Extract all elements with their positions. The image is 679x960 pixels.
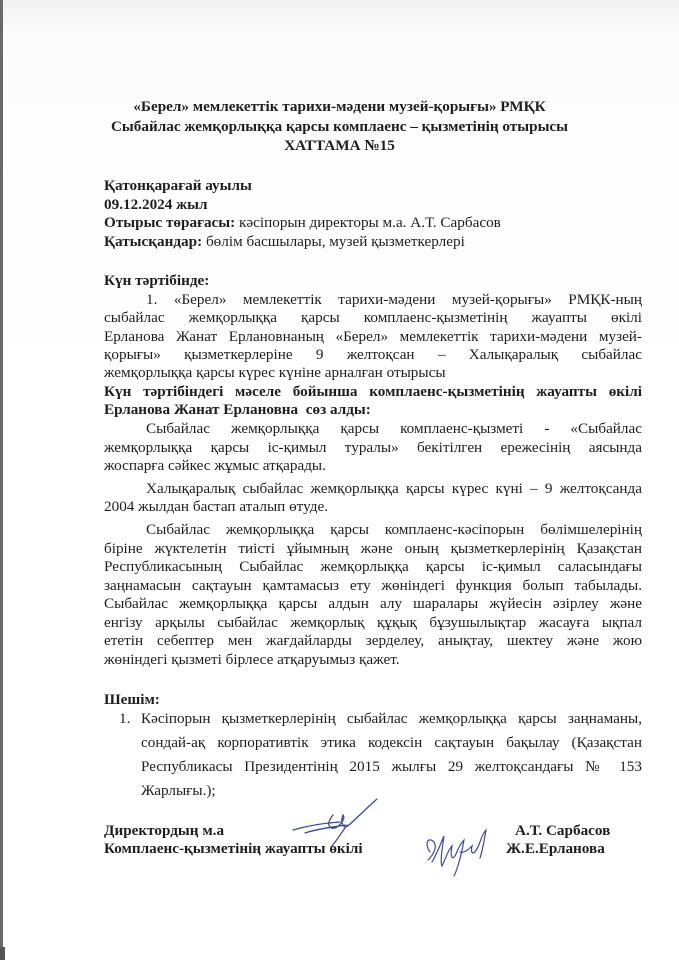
- speech-para-2-line: Халықаралық сыбайлас жемқорлыққа қарсы к…: [146, 480, 642, 498]
- agenda-heading: Күн тәртібінде:: [104, 272, 209, 290]
- decision-heading: Шешім:: [104, 691, 160, 709]
- signature-name-compliance: Ж.Е.Ерланова: [506, 840, 605, 858]
- header-org-title: «Берел» мемлекеттік тарихи-мәдени музей-…: [0, 98, 679, 116]
- signature-name-director: А.Т. Сарбасов: [515, 822, 610, 840]
- chair-value: кәсіпорын директоры м.а. А.Т. Сарбасов: [235, 214, 501, 231]
- speech-heading-line: Ерланова Жанат Ерлановна сөз алды:: [104, 401, 371, 419]
- speech-para-3-line: Сыбайлас жемқорлыққа қарсы алдын алу шар…: [104, 595, 642, 613]
- speech-para-3-line: Республикасының Сыбайлас жемқорлыққа қар…: [104, 558, 642, 576]
- speech-para-1-line: жоспарға сәйкес жұмыс атқарады.: [104, 457, 326, 475]
- decision-item-1-line: Республикасы Президентінің 2015 жылғы 29…: [141, 758, 642, 776]
- speech-para-3-line: заңнамасын сақтауын қамтамасыз ету жөнін…: [104, 577, 642, 595]
- meeting-place: Қатонқарағай ауылы: [104, 177, 252, 195]
- decision-item-number: 1.: [119, 710, 130, 728]
- meeting-date: 09.12.2024 жыл: [104, 196, 208, 214]
- compliance-signature-icon: [418, 822, 498, 882]
- document-page: «Берел» мемлекеттік тарихи-мәдени музей-…: [0, 0, 679, 960]
- header-protocol-number: ХАТТАМА №15: [0, 137, 679, 155]
- agenda-item-1-line: сыбайлас жемқорлыққа қарсы комплаенс-қыз…: [104, 309, 642, 327]
- speech-para-3-line: ететін себептер мен жағдайларды зерделеу…: [104, 632, 642, 650]
- speech-para-3-line: жөніндегі қызметі бірлесе атқаруымыз қаж…: [104, 651, 400, 669]
- chair-label: Отырыс төрағасы:: [104, 214, 235, 231]
- participants-label: Қатысқандар:: [104, 233, 202, 250]
- speech-para-3-line: енгізу арқылы сыбайлас жемқорлық құқық б…: [104, 614, 642, 632]
- speech-para-2-line: 2004 жылдан бастап аталып өтуде.: [104, 498, 328, 516]
- agenda-item-1-line: Ерланова Жанат Ерлановнаның «Берел» мемл…: [104, 328, 642, 346]
- signature-role-director: Директордың м.а: [104, 822, 224, 840]
- speech-heading-line: Күн тәртібіндегі мәселе бойынша комплаен…: [104, 383, 642, 401]
- header-meeting-title: Сыбайлас жемқорлыққа қарсы комплаенс – қ…: [0, 118, 679, 136]
- speech-para-1-line: Сыбайлас жемқорлыққа қарсы комплаенс-қыз…: [146, 420, 642, 438]
- decision-item-1-line: Жарлығы.);: [141, 782, 216, 800]
- agenda-item-1-line: қорығы» қызметкерлеріне 9 желтоқсан – Ха…: [104, 346, 642, 364]
- director-signature-icon: [285, 795, 385, 850]
- agenda-item-1-line: жемқорлыққа қарсы күрес күніне арналған …: [104, 364, 446, 382]
- meeting-participants: Қатысқандар: бөлім басшылары, музей қызм…: [104, 233, 465, 251]
- scan-edge-corner: [0, 947, 5, 960]
- participants-value: бөлім басшылары, музей қызметкерлері: [202, 233, 465, 250]
- decision-item-1-line: Кәсіпорын қызметкерлерінің сыбайлас жемқ…: [141, 710, 642, 728]
- speech-para-3-line: Сыбайлас жемқорлыққа қарсы комплаенс-кәс…: [146, 521, 642, 539]
- speech-para-3-line: біріне жүктелетін тиісті ұйымның және он…: [104, 540, 642, 558]
- speech-para-1-line: жемқорлыққа қарсы іс-қимыл туралы» бекіт…: [104, 439, 642, 457]
- meeting-chair: Отырыс төрағасы: кәсіпорын директоры м.а…: [104, 214, 501, 232]
- decision-item-1-line: сондай-ақ корпоративтік этика кодексін с…: [141, 734, 642, 752]
- agenda-item-1-line: 1. «Берел» мемлекеттік тарихи-мәдени муз…: [146, 291, 642, 309]
